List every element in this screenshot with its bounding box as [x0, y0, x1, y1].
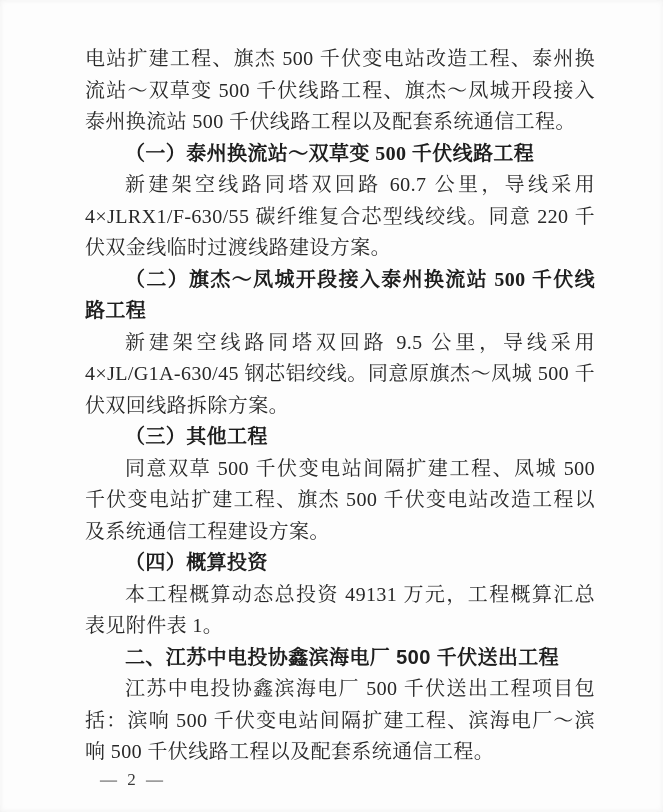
- section-heading-2: 二、江苏中电投协鑫滨海电厂 500 千伏送出工程: [85, 643, 595, 675]
- subsection-heading-4: （四）概算投资: [85, 548, 595, 580]
- paragraph-continuation: 电站扩建工程、旗杰 500 千伏变电站改造工程、泰州换流站～双草变 500 千伏…: [85, 44, 595, 139]
- page-number: — 2 —: [100, 770, 166, 790]
- paragraph-subsection-4: 本工程概算动态总投资 49131 万元，工程概算汇总表见附件表 1。: [85, 580, 595, 643]
- subsection-heading-3: （三）其他工程: [85, 422, 595, 454]
- paragraph-subsection-2: 新建架空线路同塔双回路 9.5 公里，导线采用 4×JL/G1A-630/45 …: [85, 328, 595, 423]
- paragraph-section-2-intro: 江苏中电投协鑫滨海电厂 500 千伏送出工程项目包括：滨响 500 千伏变电站间…: [85, 674, 595, 769]
- document-body: 电站扩建工程、旗杰 500 千伏变电站改造工程、泰州换流站～双草变 500 千伏…: [85, 44, 595, 769]
- subsection-heading-1: （一）泰州换流站～双草变 500 千伏线路工程: [85, 139, 595, 171]
- paragraph-subsection-3: 同意双草 500 千伏变电站间隔扩建工程、凤城 500 千伏变电站扩建工程、旗杰…: [85, 454, 595, 549]
- document-page: 电站扩建工程、旗杰 500 千伏变电站改造工程、泰州换流站～双草变 500 千伏…: [0, 0, 663, 812]
- subsection-heading-2: （二）旗杰～凤城开段接入泰州换流站 500 千伏线路工程: [85, 265, 595, 328]
- paragraph-subsection-1: 新建架空线路同塔双回路 60.7 公里，导线采用 4×JLRX1/F-630/5…: [85, 170, 595, 265]
